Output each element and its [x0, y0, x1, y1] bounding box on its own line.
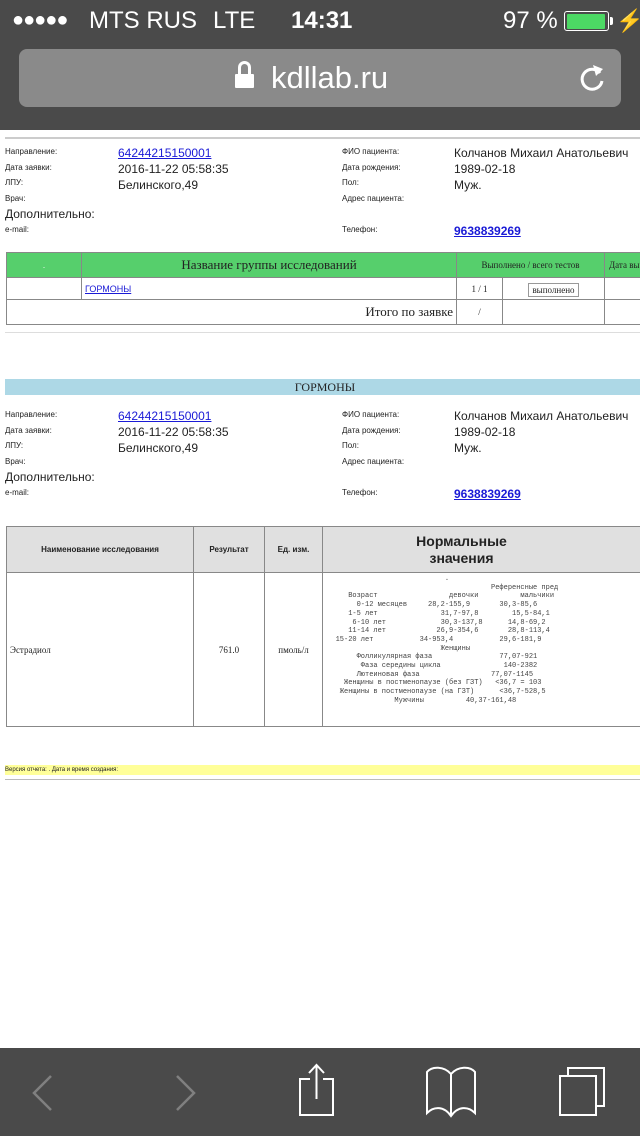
patient-name-value: Колчанов Михаил Анатольевич	[454, 146, 628, 160]
birth-date-label: Дата рождения:	[342, 426, 401, 435]
email-label: e-mail:	[5, 488, 29, 497]
unit-value: пмоль/л	[265, 573, 323, 727]
total-value: /	[457, 300, 503, 325]
phone-link[interactable]: 9638839269	[454, 487, 521, 501]
divider	[5, 332, 640, 333]
sex-label: Пол:	[342, 178, 359, 187]
birth-date-value: 1989-02-18	[454, 425, 515, 439]
reference-cell: . Референсные пред Возраст девочки мальч…	[323, 573, 640, 727]
header-done-total: Выполнено / всего тестов	[457, 253, 605, 278]
charging-icon: ⚡	[616, 8, 640, 34]
birth-date-value: 1989-02-18	[454, 162, 515, 176]
carrier-name: MTS RUS	[89, 7, 197, 35]
total-date-cell	[605, 300, 640, 325]
clock: 14:31	[291, 7, 352, 35]
order-date-label: Дата заявки:	[5, 163, 52, 172]
address-bar[interactable]: kdllab.ru	[19, 49, 621, 107]
status-cell: выполнено	[503, 278, 605, 300]
result-value: 761.0	[194, 573, 265, 727]
order-date-label: Дата заявки:	[5, 426, 52, 435]
status-badge: выполнено	[528, 283, 578, 297]
additional-label: Дополнительно:	[5, 207, 95, 221]
table-row: Эстрадиол 761.0 пмоль/л . Референсные пр…	[7, 573, 640, 727]
sex-value: Муж.	[454, 178, 482, 192]
bookmarks-icon[interactable]	[424, 1048, 478, 1136]
browser-top-bar: ●●●●● MTS RUS LTE 14:31 97 % ⚡ kdllab.ru	[0, 0, 640, 130]
date-cell	[605, 278, 640, 300]
sex-value: Муж.	[454, 441, 482, 455]
lock-icon	[235, 70, 254, 88]
status-bar: ●●●●● MTS RUS LTE 14:31 97 % ⚡	[0, 0, 640, 40]
results-table-header: Наименование исследования Результат Ед. …	[7, 527, 640, 573]
table-row: ГОРМОНЫ 1 / 1 выполнено	[7, 278, 640, 300]
header-date: Дата вы	[605, 253, 640, 278]
patient-name-label: ФИО пациента:	[342, 410, 399, 419]
test-name: Эстрадиол	[7, 573, 194, 727]
summary-table-header: . Название группы исследований Выполнено…	[7, 253, 640, 278]
doctor-label: Врач:	[5, 457, 25, 466]
phone-link[interactable]: 9638839269	[454, 224, 521, 238]
birth-date-label: Дата рождения:	[342, 163, 401, 172]
header-reference: Нормальные значения	[323, 527, 640, 573]
phone-label: Телефон:	[342, 225, 377, 234]
report-footer: Версия отчета: . Дата и время создания:	[5, 765, 640, 775]
signal-strength-icon: ●●●●●	[12, 9, 67, 32]
header-reference-text: Нормальные значения	[392, 533, 532, 567]
order-date-value: 2016-11-22 05:58:35	[118, 162, 229, 176]
lpu-label: ЛПУ:	[5, 178, 23, 187]
sex-label: Пол:	[342, 441, 359, 450]
total-row: Итого по заявке /	[7, 300, 640, 325]
direction-link[interactable]: 64244215150001	[118, 409, 211, 423]
row-index	[7, 278, 82, 300]
share-icon[interactable]	[296, 1048, 340, 1136]
address-label: Адрес пациента:	[342, 194, 404, 203]
forward-icon[interactable]	[170, 1048, 200, 1136]
divider	[5, 137, 640, 139]
battery-percent: 97 %	[503, 7, 558, 35]
header-group-name: Название группы исследований	[82, 253, 457, 278]
additional-label: Дополнительно:	[5, 470, 95, 484]
back-icon[interactable]	[28, 1048, 58, 1136]
lpu-value: Белинского,49	[118, 441, 198, 455]
url-text[interactable]: kdllab.ru	[271, 60, 388, 96]
header-index: .	[7, 253, 82, 278]
reference-values: . Референсные пред Возраст девочки мальч…	[323, 575, 640, 706]
total-status-cell	[503, 300, 605, 325]
header-test-name: Наименование исследования	[7, 527, 194, 573]
direction-label: Направление:	[5, 410, 57, 419]
web-page: Направление: 64244215150001 Дата заявки:…	[0, 130, 640, 1048]
browser-toolbar	[0, 1048, 640, 1136]
doctor-label: Врач:	[5, 194, 25, 203]
patient-name-value: Колчанов Михаил Анатольевич	[454, 409, 628, 423]
tabs-icon[interactable]	[556, 1048, 610, 1136]
order-info-block: Направление: 64244215150001 Дата заявки:…	[0, 146, 640, 256]
total-label: Итого по заявке	[7, 300, 457, 325]
reload-icon[interactable]	[576, 59, 608, 95]
network-type: LTE	[213, 7, 255, 35]
summary-table: . Название группы исследований Выполнено…	[6, 252, 640, 325]
phone-label: Телефон:	[342, 488, 377, 497]
header-result: Результат	[194, 527, 265, 573]
lpu-label: ЛПУ:	[5, 441, 23, 450]
patient-name-label: ФИО пациента:	[342, 147, 399, 156]
group-title-bar: ГОРМОНЫ	[5, 379, 640, 395]
battery-nub	[610, 17, 613, 25]
header-unit: Ед. изм.	[265, 527, 323, 573]
group-link-hormones[interactable]: ГОРМОНЫ	[85, 284, 131, 294]
order-info-block: Направление: 64244215150001 Дата заявки:…	[0, 409, 640, 519]
address-label: Адрес пациента:	[342, 457, 404, 466]
email-label: e-mail:	[5, 225, 29, 234]
results-table: Наименование исследования Результат Ед. …	[6, 526, 640, 727]
order-date-value: 2016-11-22 05:58:35	[118, 425, 229, 439]
group-cell: ГОРМОНЫ	[82, 278, 457, 300]
divider	[5, 779, 640, 780]
direction-label: Направление:	[5, 147, 57, 156]
lpu-value: Белинского,49	[118, 178, 198, 192]
done-total-value: 1 / 1	[457, 278, 503, 300]
battery-icon	[564, 11, 609, 31]
direction-link[interactable]: 64244215150001	[118, 146, 211, 160]
